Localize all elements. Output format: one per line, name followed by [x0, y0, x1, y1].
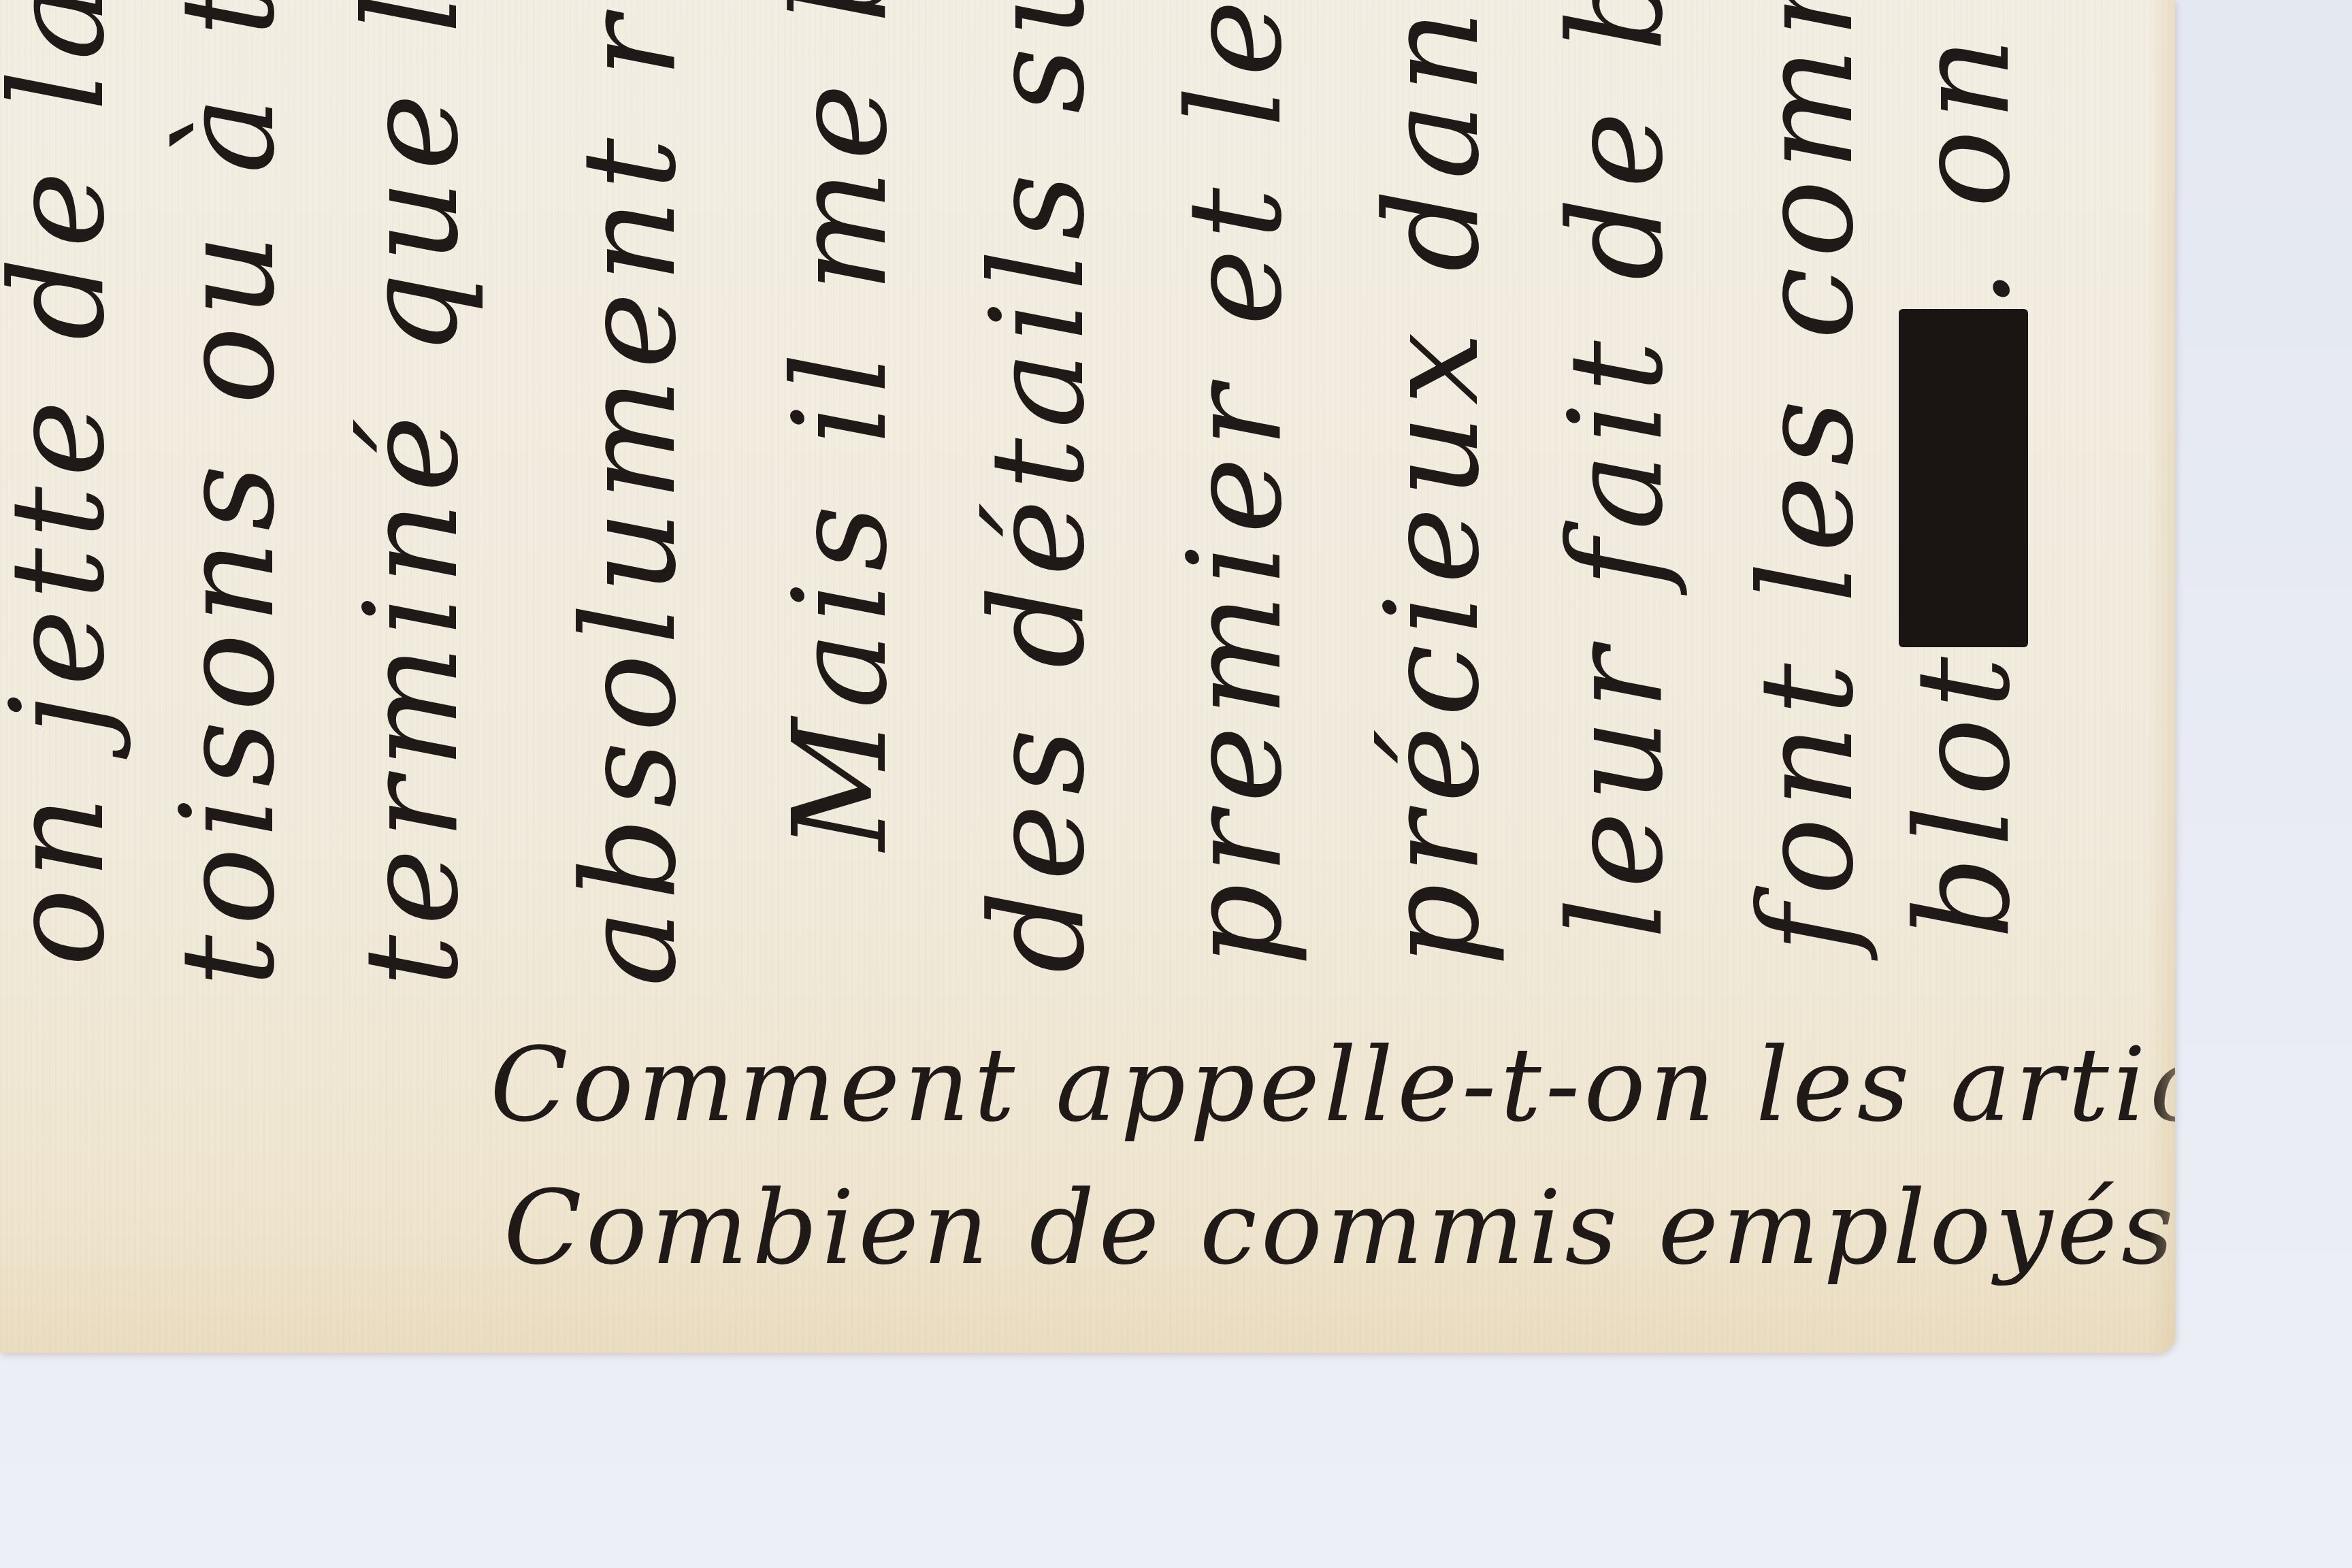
- handwritten-column-5: Mais il me b: [776, 0, 905, 851]
- column-11-prefix: blot: [1888, 647, 2038, 939]
- struck-out-word: xxxx: [1899, 309, 2028, 647]
- handwritten-column-7: premier et le re: [1171, 0, 1300, 966]
- handwritten-question-1: Comment appelle-t-on les articles?: [490, 1034, 2175, 1137]
- column-11-text: . on des li: [1888, 0, 2038, 309]
- handwritten-question-2: Combien de commis employés?: [504, 1177, 2175, 1279]
- handwritten-column-4: absolument rien en: [565, 0, 694, 987]
- handwritten-column-3: terminé que lor: [347, 0, 476, 987]
- handwritten-column-8: précieux dans l': [1368, 0, 1497, 966]
- handwritten-column-1: on jette de la: [0, 0, 122, 966]
- handwritten-column-9: leur fait de be: [1552, 0, 1681, 939]
- handwritten-column-11: blotxxxx. on des li: [1899, 0, 2028, 939]
- handwritten-column-2: toisons ou à terre: [163, 0, 293, 987]
- manuscript-page: on jette de la toisons ou à terre termin…: [0, 0, 2175, 1353]
- handwritten-column-10: font les comm: [1742, 0, 1872, 953]
- handwritten-column-6: des détails sur la: [973, 0, 1102, 973]
